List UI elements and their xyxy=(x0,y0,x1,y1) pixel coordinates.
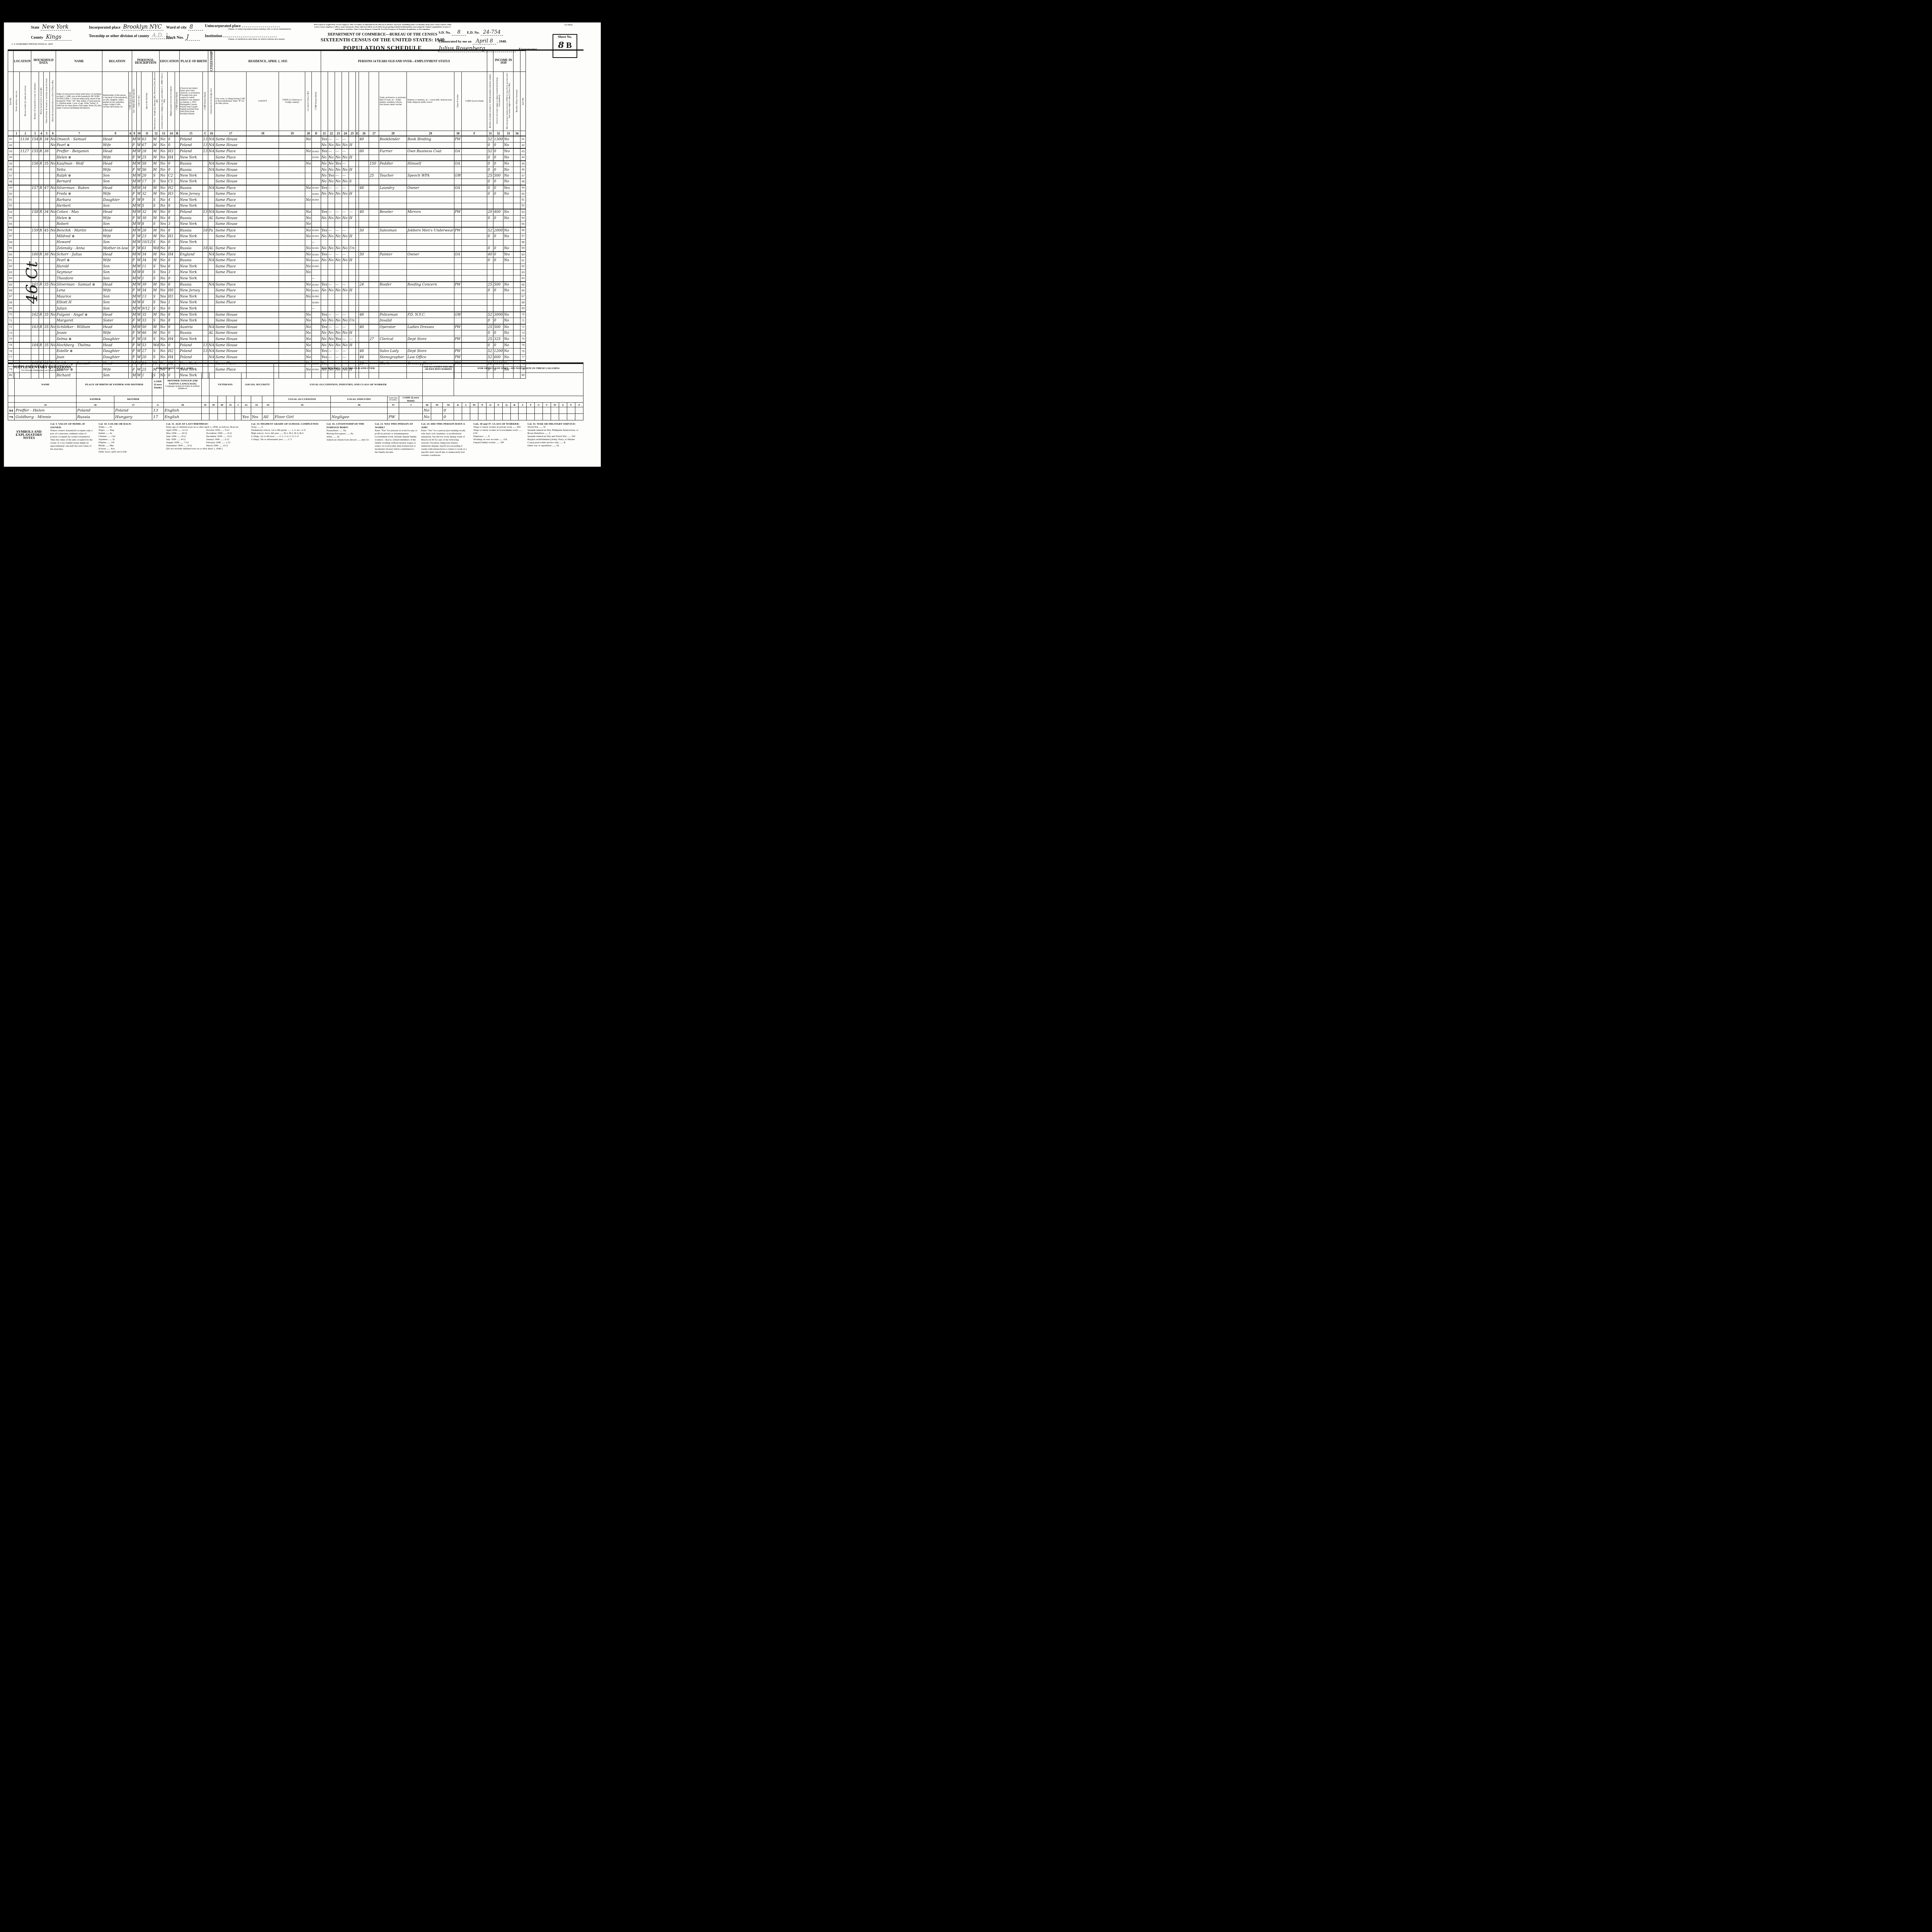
cell-c26 xyxy=(359,191,369,197)
column-number: 35 xyxy=(15,403,77,407)
cell-mar: M xyxy=(153,191,160,197)
cell-d xyxy=(311,336,321,342)
line-number: 65 xyxy=(8,282,14,288)
line-number: 63 xyxy=(8,270,14,276)
cell-rf: No xyxy=(305,215,311,221)
cell-occ xyxy=(379,191,407,197)
cell-rf: No xyxy=(305,282,311,288)
cell-cc: 13 xyxy=(202,148,208,155)
cell-farm: No xyxy=(50,252,56,258)
cell-cc xyxy=(202,294,208,299)
cell-county xyxy=(247,330,279,336)
cell-c21: No xyxy=(321,155,328,161)
office-use-cell xyxy=(502,414,510,420)
cell-street xyxy=(14,270,20,276)
cell-bp: New York xyxy=(179,306,202,312)
desc-code-b: CODE (Leave blank) xyxy=(175,72,180,131)
cell-e xyxy=(356,330,359,336)
cell-c22: No xyxy=(328,330,335,336)
cell-wks: 0 xyxy=(487,233,493,239)
cell-house xyxy=(20,155,31,161)
cell-rf xyxy=(305,203,311,209)
cell-cls: PW xyxy=(454,227,461,233)
cell-mar: M xyxy=(153,258,160,264)
cell-c26 xyxy=(359,336,369,342)
cell-sex: F xyxy=(132,318,136,324)
column-number: N xyxy=(478,403,486,407)
cell-c23: No xyxy=(335,233,342,239)
cell-c26 xyxy=(359,233,369,239)
cell-wks: 25 xyxy=(487,336,493,342)
cell-c25: Un xyxy=(349,318,356,324)
group-education: EDUCATION xyxy=(160,51,179,72)
cell-34 xyxy=(514,136,520,142)
cell-c22 xyxy=(328,240,335,245)
column-number: 41 xyxy=(226,403,235,407)
cell-cc xyxy=(202,264,208,269)
unincorporated-field: Unincorporated place (Name of unincorpor… xyxy=(205,24,301,31)
cell-farm xyxy=(50,264,56,269)
cell-cc xyxy=(202,312,208,318)
cell-farm xyxy=(50,258,56,264)
cell-34 xyxy=(514,142,520,148)
table-row: 65161R35NoSilverman - Samuel ⊗HeadMW39MN… xyxy=(8,282,532,288)
cell-grd: H4 xyxy=(168,252,175,258)
cell-c25 xyxy=(349,306,356,312)
cell-c27 xyxy=(369,148,379,155)
cell-40 xyxy=(218,414,226,420)
cell-cls: OA xyxy=(454,185,461,191)
column-number: 38 xyxy=(163,403,201,407)
cell-cls xyxy=(454,191,461,197)
cell-street xyxy=(14,233,20,239)
cell-34 xyxy=(514,161,520,167)
office-use-cell xyxy=(494,407,502,414)
cell-house xyxy=(20,306,31,312)
table-row: 69JulianSonMW9/12SNo0New York—69 xyxy=(8,306,532,312)
cell-mar: M xyxy=(153,161,160,167)
cell-a xyxy=(128,161,132,167)
confidentiality-notice: Your report is required by Act of Congre… xyxy=(313,24,452,31)
cell-b xyxy=(175,161,180,167)
column-number: 47 xyxy=(388,403,399,407)
cell-b xyxy=(175,294,180,299)
note-item: College, 5th or subsequent year ...... C… xyxy=(251,438,321,441)
cell-wks: 25 xyxy=(487,282,493,288)
cell-sch: No xyxy=(160,215,168,221)
line-number: 59 xyxy=(8,245,14,252)
desc-25 xyxy=(349,72,356,131)
cell-occ: Invalid xyxy=(379,318,407,324)
cell-age: 34 xyxy=(141,288,153,294)
state-field: State New York xyxy=(31,24,71,31)
office-use-cell xyxy=(478,407,486,414)
cell-house xyxy=(20,330,31,336)
cell-c24: No xyxy=(342,191,349,197)
cell-mar: S xyxy=(153,221,160,227)
cell-name: Theodore xyxy=(56,276,102,282)
cell-bp: New York xyxy=(179,173,202,179)
cell-rel: Son xyxy=(102,306,128,312)
cell-a xyxy=(128,148,132,155)
cell-b xyxy=(175,245,180,252)
cell-wag: 0 xyxy=(493,167,503,173)
cell-grd: 3 xyxy=(168,270,175,276)
cell-farm xyxy=(50,197,56,203)
cell-grd: 8 xyxy=(168,215,175,221)
office-use-cell xyxy=(494,414,502,420)
cell-cit: NA xyxy=(208,161,215,167)
cell-b xyxy=(175,233,180,239)
cell-c26 xyxy=(359,173,369,179)
cell-state xyxy=(279,318,305,324)
cell-c23: No xyxy=(335,245,342,252)
cell-oi: No xyxy=(503,312,514,318)
line-number: 43 xyxy=(520,148,526,155)
cell-county xyxy=(247,173,279,179)
cell-c43 xyxy=(251,407,262,414)
cell-c23 xyxy=(335,294,342,299)
cell-occ: Stenographer xyxy=(379,354,407,361)
cell-sex: M xyxy=(132,282,136,288)
cell-own xyxy=(39,173,44,179)
cell-c26 xyxy=(359,264,369,269)
cell-rf: No xyxy=(305,197,311,203)
cell-c25: S xyxy=(349,179,356,185)
line-number: 74 xyxy=(520,336,526,342)
cell-occ xyxy=(379,264,407,269)
cell-state xyxy=(279,221,305,227)
state-label: State xyxy=(31,26,39,30)
cell-oi: Yes xyxy=(503,148,514,155)
cell-bp: England xyxy=(179,252,202,258)
cell-wks: 0 xyxy=(487,330,493,336)
cell-cls: PW xyxy=(454,349,461,354)
cell-oi: No xyxy=(503,318,514,324)
note-item: Korean ...... Kor xyxy=(99,447,160,451)
cell-c24: — xyxy=(342,227,349,233)
cell-farm xyxy=(50,167,56,173)
cell-house xyxy=(20,191,31,197)
desc-race: Color or race xyxy=(137,72,141,131)
cell-rel: Mother-in-law xyxy=(102,245,128,252)
desc-code-a: CODE (Leave blank) xyxy=(128,72,132,131)
line-number: 73 xyxy=(520,330,526,336)
cell-c27 xyxy=(369,240,379,245)
cell-c26: 48 xyxy=(359,185,369,191)
cell-rel: Head xyxy=(102,161,128,167)
cell-usualind: Negligee xyxy=(331,414,388,420)
cell-sch: No xyxy=(160,185,168,191)
cell-ind xyxy=(407,167,454,173)
cell-d xyxy=(311,173,321,179)
cell-sex: M xyxy=(132,227,136,233)
cell-tongue: English xyxy=(163,407,201,414)
table-row: 45156R35NoKaufman - WolfHeadMW58MNo0Russ… xyxy=(8,161,532,167)
cell-cc xyxy=(202,215,208,221)
cell-occ xyxy=(379,306,407,312)
note-item: Other war or expedition ...... Ot xyxy=(527,444,582,447)
cell-sex: F xyxy=(132,197,136,203)
cell-name: Lena xyxy=(56,288,102,294)
note-col24: Col. 24. DID THIS PERSON HAVE A JOB?Ente… xyxy=(421,422,468,457)
cell-mar: M xyxy=(153,233,160,239)
group-birthplace: PLACE OF BIRTH xyxy=(179,51,208,72)
cell-house xyxy=(20,221,31,227)
cell-e xyxy=(356,270,359,276)
cell-bp: Russia xyxy=(179,227,202,233)
cell-state xyxy=(279,294,305,299)
cell-sch: Yes xyxy=(160,300,168,306)
cell-rel: Daughter xyxy=(102,354,128,361)
cell-a xyxy=(128,330,132,336)
cell-c22: — xyxy=(328,185,335,191)
cell-name: Helen ⊗ xyxy=(56,215,102,221)
cell-a xyxy=(128,276,132,282)
cell-wag: 0 xyxy=(493,288,503,294)
cell-wks: 0 xyxy=(487,191,493,197)
cell-farm xyxy=(50,354,56,361)
cell-hh xyxy=(31,245,39,252)
column-number: 23 xyxy=(335,131,342,136)
cell-grd: 0 xyxy=(168,136,175,142)
cell-house xyxy=(20,354,31,361)
cell-mar: M xyxy=(153,185,160,191)
cell-c21: Yes xyxy=(321,354,328,361)
column-number: 42 xyxy=(241,403,251,407)
cell-cit xyxy=(208,155,215,161)
cell-cit xyxy=(208,276,215,282)
cell-house xyxy=(20,233,31,239)
cell-sch: No xyxy=(160,227,168,233)
note-item: Wage or salary worker in private work ..… xyxy=(473,426,524,429)
sheet-letter: B xyxy=(566,40,572,50)
cell-sex: F xyxy=(132,215,136,221)
cell-c22: No xyxy=(328,191,335,197)
cell-c22 xyxy=(328,264,335,269)
cell-c48: No xyxy=(423,414,431,420)
cell-street xyxy=(14,179,20,185)
cell-grd: H0 xyxy=(168,288,175,294)
cell-house xyxy=(20,142,31,148)
cell-c27 xyxy=(369,258,379,264)
note-item: Unpaid family worker ...... NP xyxy=(473,441,524,444)
cell-f xyxy=(462,282,487,288)
cell-val xyxy=(44,276,50,282)
cell-grd: H3 xyxy=(168,191,175,197)
cell-b xyxy=(175,349,180,354)
cell-c23: No xyxy=(335,167,342,173)
cell-street xyxy=(14,276,20,282)
cell-name: Julian xyxy=(56,306,102,312)
cell-c23 xyxy=(335,221,342,227)
cell-b xyxy=(175,300,180,306)
cell-c23: — xyxy=(335,209,342,215)
cell-c26 xyxy=(359,342,369,349)
cell-cit: NA xyxy=(208,136,215,142)
cell-a xyxy=(128,300,132,306)
cell-c21: No xyxy=(321,179,328,185)
cell-ind xyxy=(407,203,454,209)
cell-c27 xyxy=(369,155,379,161)
cell-sex: M xyxy=(132,270,136,276)
line-number: 45 xyxy=(520,161,526,167)
cell-race: W xyxy=(137,294,141,299)
table-row: 61Pearl ⊗WifeFW34MNo8RussiaNASame PlaceN… xyxy=(8,258,532,264)
cell-grd: 6 xyxy=(168,264,175,269)
cell-bp: Russia xyxy=(179,185,202,191)
office-use-cell xyxy=(519,407,527,414)
cell-cls: OA xyxy=(454,148,461,155)
cell-cit xyxy=(208,270,215,276)
cell-ind xyxy=(407,233,454,239)
cell-res: Same Place xyxy=(215,148,247,155)
cell-f xyxy=(462,197,487,203)
cell-c23: — xyxy=(335,148,342,155)
cell-c27 xyxy=(369,354,379,361)
cell-ind: Owner xyxy=(407,185,454,191)
cell-rel: Wife xyxy=(102,258,128,264)
cell-mar: S xyxy=(153,240,160,245)
cell-e xyxy=(356,300,359,306)
cell-c25: H xyxy=(349,258,356,264)
supp-header-code-g: CODE (Leave blank) xyxy=(152,373,163,396)
cell-cc xyxy=(202,240,208,245)
column-number: S xyxy=(519,403,527,407)
cell-hh xyxy=(31,167,39,173)
group-citizenship: CITIZENSHIP xyxy=(208,51,215,72)
column-number: K xyxy=(454,403,462,407)
cell-name: Zelensky - Anna xyxy=(56,245,102,252)
cell-c26 xyxy=(359,330,369,336)
cell-c21 xyxy=(321,306,328,312)
cell-d: XOXO xyxy=(311,252,321,258)
cell-c22: Yes xyxy=(328,173,335,179)
line-number: 53 xyxy=(8,209,14,215)
cell-mar: S xyxy=(153,294,160,299)
cell-hh: 156 xyxy=(31,161,39,167)
cell-wag: 500 xyxy=(493,282,503,288)
cell-sch: Yes xyxy=(160,221,168,227)
cell-39 xyxy=(209,407,218,414)
cell-f xyxy=(462,227,487,233)
note-item: None ...... 0 xyxy=(251,426,321,429)
cell-c24: No xyxy=(342,245,349,252)
cell-d: XOXO xyxy=(311,258,321,264)
cell-rel: Son xyxy=(102,294,128,299)
cell-grd: H1 xyxy=(168,233,175,239)
cell-c24 xyxy=(342,197,349,203)
cell-c26: 40 xyxy=(359,136,369,142)
cell-c21: Yes xyxy=(321,282,328,288)
cell-c24 xyxy=(342,264,349,269)
table-row: 67MauriceSonMW13SYesH1New YorkSame Place… xyxy=(8,294,532,299)
cell-e xyxy=(356,203,359,209)
note-item: Elementary school, 1st to 8th grade ....… xyxy=(251,429,321,432)
block-label: Block Nos. xyxy=(166,36,184,40)
cell-grd: H4 xyxy=(168,336,175,342)
cell-34 xyxy=(514,354,520,361)
supplementary-rows: 44Preffer - HelenPolandPoland13EnglishNo… xyxy=(8,407,583,420)
cell-c25 xyxy=(349,252,356,258)
cell-rel: Wife xyxy=(102,215,128,221)
cell-ind: Ladies Dresses xyxy=(407,324,454,330)
note-item: Working on own account ...... OA xyxy=(473,438,524,441)
line-number: 70 xyxy=(8,312,14,318)
cell-sch: No xyxy=(160,197,168,203)
column-number xyxy=(8,403,15,407)
line-number: 64 xyxy=(8,276,14,282)
cell-c21: Yes xyxy=(321,252,328,258)
cell-cc xyxy=(202,161,208,167)
supp-header-usual-ind: USUAL INDUSTRY xyxy=(331,396,388,403)
supplementary-header-row: NAME PLACE OF BIRTH OF FATHER AND MOTHER… xyxy=(8,373,583,396)
cell-street xyxy=(14,258,20,264)
cell-34 xyxy=(514,300,520,306)
cell-hh xyxy=(31,142,39,148)
office-use-cell xyxy=(559,407,567,414)
cell-mar: M xyxy=(153,252,160,258)
cell-res: Same Place xyxy=(215,282,247,288)
cell-name: Maurice xyxy=(56,294,102,299)
column-group-row: LOCATION HOUSEHOLD DATA NAME RELATION PE… xyxy=(8,51,532,72)
cell-race: W xyxy=(137,324,141,330)
cell-rf: No xyxy=(305,227,311,233)
cell-a xyxy=(128,245,132,252)
cell-sch: No xyxy=(160,330,168,336)
cell-a xyxy=(128,185,132,191)
cell-c27 xyxy=(369,233,379,239)
cell-res: Same House xyxy=(215,209,247,215)
desc-relation: Relationship of this person to the head … xyxy=(102,72,128,131)
supp-header-mother: MOTHER xyxy=(114,396,152,403)
cell-sex: F xyxy=(132,349,136,354)
cell-usualclass: PW xyxy=(388,414,399,420)
cell-bp: Poland xyxy=(179,136,202,142)
cell-rel: Wife xyxy=(102,191,128,197)
column-number: 44 xyxy=(262,403,274,407)
cell-hh xyxy=(31,191,39,197)
line-number: 74 xyxy=(8,336,14,342)
cell-sex: M xyxy=(132,185,136,191)
printing-office-note: U. S. GOVERNMENT PRINTING OFFICE 10—1157… xyxy=(12,43,53,45)
cell-cls: PW xyxy=(454,336,461,342)
cell-sex: F xyxy=(132,354,136,361)
cell-own: R xyxy=(39,252,44,258)
cell-cc xyxy=(202,336,208,342)
line-number: 55 xyxy=(8,221,14,227)
cell-wag xyxy=(493,294,503,299)
cell-race: W xyxy=(137,173,141,179)
cell-val xyxy=(44,173,50,179)
cell-grd: 3 xyxy=(168,221,175,227)
cell-h xyxy=(202,407,209,414)
sd-value: 8 xyxy=(452,29,466,36)
cell-cc: 13 xyxy=(202,136,208,142)
cell-e xyxy=(356,233,359,239)
institution-field: Institution (Name of institution and lin… xyxy=(205,34,301,41)
cell-a xyxy=(128,324,132,330)
cell-race: W xyxy=(137,336,141,342)
census-title: SIXTEENTH CENSUS OF THE UNITED STATES: 1… xyxy=(313,37,452,43)
cell-wag: 0 xyxy=(493,179,503,185)
cell-cls xyxy=(454,142,461,148)
cell-wks: 0 xyxy=(487,185,493,191)
cell-c27 xyxy=(369,349,379,354)
cell-state xyxy=(279,258,305,264)
cell-occ xyxy=(379,233,407,239)
cell-rf: No xyxy=(305,148,311,155)
